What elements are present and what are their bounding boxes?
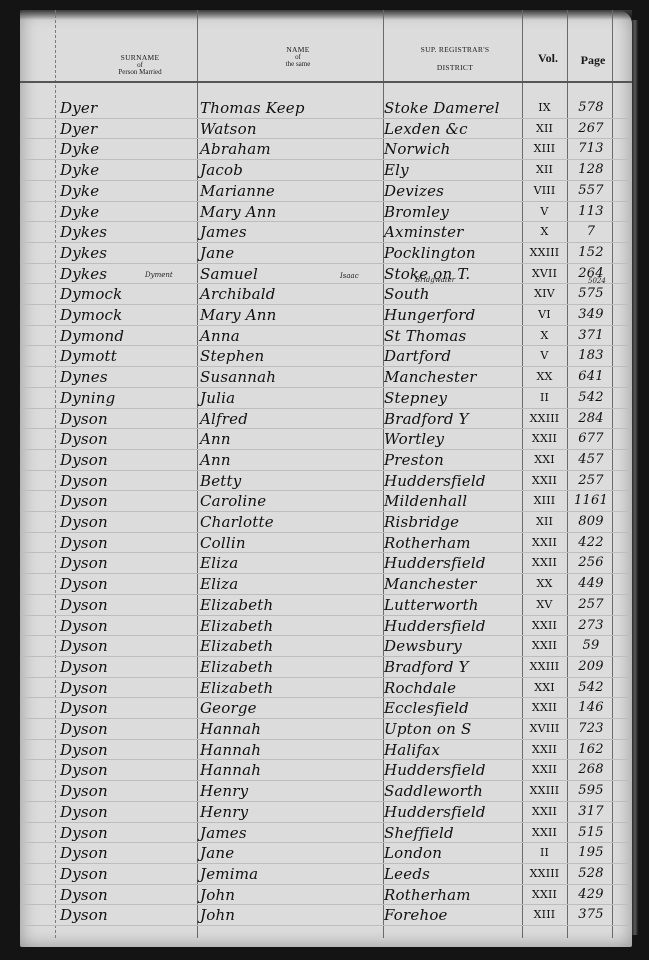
entry-surname: Dynes bbox=[60, 367, 108, 387]
register-entry-row: DynesSusannahManchesterXX641 bbox=[0, 367, 649, 388]
entry-surname: Dyson bbox=[60, 781, 108, 801]
entry-forename: John bbox=[200, 905, 235, 925]
entry-district: Risbridge bbox=[384, 512, 459, 532]
entry-surname: Dyke bbox=[60, 181, 99, 201]
entry-volume: XXII bbox=[522, 533, 567, 553]
entry-surname: Dyson bbox=[60, 864, 108, 884]
entry-district: London bbox=[384, 843, 442, 863]
entry-surname: Dymott bbox=[60, 346, 117, 366]
entry-volume: XIII bbox=[522, 491, 567, 511]
entry-volume: XX bbox=[522, 574, 567, 594]
entry-forename: Elizabeth bbox=[200, 678, 273, 698]
entry-page: 267 bbox=[570, 119, 612, 139]
entry-forename: Anna bbox=[200, 326, 240, 346]
entry-volume: XXII bbox=[522, 616, 567, 636]
entry-surname: Dyson bbox=[60, 429, 108, 449]
entry-district: Huddersfield bbox=[384, 471, 486, 491]
entry-forename: Elizabeth bbox=[200, 636, 273, 656]
entry-surname: Dymock bbox=[60, 305, 122, 325]
register-entry-row: DysonElizaManchesterXX449 bbox=[0, 574, 649, 595]
entry-forename: Marianne bbox=[200, 181, 275, 201]
entry-page: 677 bbox=[570, 429, 612, 449]
entry-volume: XII bbox=[522, 160, 567, 180]
register-entry-row: DysonJohnRotherhamXXII429 bbox=[0, 885, 649, 906]
entry-page: 257 bbox=[570, 471, 612, 491]
register-entry-row: DysonCarolineMildenhallXIII1161 bbox=[0, 491, 649, 512]
entry-volume: XXII bbox=[522, 698, 567, 718]
entry-page: 7 bbox=[570, 222, 612, 242]
entry-page: 457 bbox=[570, 450, 612, 470]
entry-volume: XXII bbox=[522, 885, 567, 905]
register-entry-row: DysonHannahUpton on SXVIII723 bbox=[0, 719, 649, 740]
entry-volume: V bbox=[522, 346, 567, 366]
register-entry-row: DymockArchibaldSouthXIV575 bbox=[0, 284, 649, 305]
entry-volume: IX bbox=[522, 98, 567, 118]
entry-district: Forehoe bbox=[384, 905, 448, 925]
entry-page: 515 bbox=[570, 823, 612, 843]
register-entry-row: DysonHannahHalifaxXXII162 bbox=[0, 740, 649, 761]
entry-volume: XXII bbox=[522, 760, 567, 780]
entry-district: Bradford Y bbox=[384, 409, 469, 429]
entry-surname: Dyson bbox=[60, 533, 108, 553]
entry-surname: Dyke bbox=[60, 160, 99, 180]
entry-page: 542 bbox=[570, 678, 612, 698]
entry-forename: Henry bbox=[200, 802, 248, 822]
entry-forename: Hannah bbox=[200, 719, 261, 739]
entry-district: Preston bbox=[384, 450, 444, 470]
entry-forename: Mary Ann bbox=[200, 202, 276, 222]
header-page: Page bbox=[573, 54, 613, 67]
entry-forename: Jane bbox=[200, 843, 234, 863]
entry-forename: Elizabeth bbox=[200, 595, 273, 615]
register-entry-row: DykesJanePocklingtonXXIII152 bbox=[0, 243, 649, 264]
entry-surname: Dyer bbox=[60, 119, 97, 139]
register-entry-row: DysonJamesSheffieldXXII515 bbox=[0, 823, 649, 844]
entry-page: 113 bbox=[570, 202, 612, 222]
entry-page: 59 bbox=[570, 636, 612, 656]
entry-district: Ely bbox=[384, 160, 409, 180]
entry-district: Ecclesfield bbox=[384, 698, 469, 718]
entry-district: Hungerford bbox=[384, 305, 475, 325]
entry-surname: Dyning bbox=[60, 388, 115, 408]
entry-forename: Henry bbox=[200, 781, 248, 801]
annotation-page-correction: 5024 bbox=[588, 277, 606, 285]
register-entry-row: DysonElizabethBradford YXXIII209 bbox=[0, 657, 649, 678]
entry-volume: XXIII bbox=[522, 243, 567, 263]
register-entry-row: DykeAbrahamNorwichXIII713 bbox=[0, 139, 649, 160]
entry-forename: Ann bbox=[200, 429, 231, 449]
entry-page: 557 bbox=[570, 181, 612, 201]
entry-page: 595 bbox=[570, 781, 612, 801]
entry-district: Norwich bbox=[384, 139, 450, 159]
register-entry-row: DysonAlfredBradford YXXIII284 bbox=[0, 409, 649, 430]
entry-forename: Ann bbox=[200, 450, 231, 470]
entry-district: Manchester bbox=[384, 367, 477, 387]
entry-district: Leeds bbox=[384, 864, 430, 884]
entry-page: 449 bbox=[570, 574, 612, 594]
entry-page: 273 bbox=[570, 616, 612, 636]
header-name-line3: the same bbox=[258, 61, 338, 68]
entry-surname: Dyson bbox=[60, 409, 108, 429]
header-rule bbox=[20, 81, 632, 83]
entry-forename: Collin bbox=[200, 533, 246, 553]
register-entry-row: DysonCharlotteRisbridgeXII809 bbox=[0, 512, 649, 533]
entry-district: Lexden &c bbox=[384, 119, 468, 139]
entry-page: 723 bbox=[570, 719, 612, 739]
entry-surname: Dyson bbox=[60, 636, 108, 656]
entry-forename: Caroline bbox=[200, 491, 266, 511]
entry-forename: Thomas Keep bbox=[200, 98, 305, 118]
entry-volume: XXII bbox=[522, 740, 567, 760]
entry-forename: Eliza bbox=[200, 553, 238, 573]
entry-page: 268 bbox=[570, 760, 612, 780]
entry-surname: Dyson bbox=[60, 678, 108, 698]
entry-surname: Dyson bbox=[60, 802, 108, 822]
entry-district: Huddersfield bbox=[384, 553, 486, 573]
register-entry-row: DyerThomas KeepStoke DamerelIX578 bbox=[0, 98, 649, 119]
entry-volume: XVII bbox=[522, 264, 567, 284]
entry-page: 257 bbox=[570, 595, 612, 615]
entry-page: 195 bbox=[570, 843, 612, 863]
entry-district: Bradford Y bbox=[384, 657, 469, 677]
entry-forename: Betty bbox=[200, 471, 241, 491]
entry-surname: Dyson bbox=[60, 616, 108, 636]
entry-district: Stepney bbox=[384, 388, 447, 408]
entry-surname: Dykes bbox=[60, 264, 107, 284]
entry-page: 317 bbox=[570, 802, 612, 822]
entry-volume: XXII bbox=[522, 471, 567, 491]
entry-volume: XXII bbox=[522, 636, 567, 656]
entry-volume: XXII bbox=[522, 553, 567, 573]
entry-page: 183 bbox=[570, 346, 612, 366]
register-entry-row: DysonBettyHuddersfieldXXII257 bbox=[0, 471, 649, 492]
entry-page: 146 bbox=[570, 698, 612, 718]
register-entry-row: DysonElizabethLutterworthXV257 bbox=[0, 595, 649, 616]
entry-volume: V bbox=[522, 202, 567, 222]
entry-page: 575 bbox=[570, 284, 612, 304]
entry-surname: Dyson bbox=[60, 553, 108, 573]
entry-page: 349 bbox=[570, 305, 612, 325]
entry-forename: Stephen bbox=[200, 346, 264, 366]
entry-page: 542 bbox=[570, 388, 612, 408]
entry-surname: Dyson bbox=[60, 698, 108, 718]
entry-forename: Samuel bbox=[200, 264, 258, 284]
entry-forename: Eliza bbox=[200, 574, 238, 594]
register-entry-row: DysonHannahHuddersfieldXXII268 bbox=[0, 760, 649, 781]
entry-forename: Susannah bbox=[200, 367, 276, 387]
entry-page: 429 bbox=[570, 885, 612, 905]
register-entry-row: DymottStephenDartfordV183 bbox=[0, 346, 649, 367]
header-name: NAME of the same bbox=[258, 46, 338, 69]
register-entry-row: DysonAnnPrestonXXI457 bbox=[0, 450, 649, 471]
entry-surname: Dyson bbox=[60, 843, 108, 863]
entry-district: Pocklington bbox=[384, 243, 476, 263]
entry-volume: XXII bbox=[522, 823, 567, 843]
entry-surname: Dyson bbox=[60, 471, 108, 491]
register-entry-row: DykesJamesAxminsterX7 bbox=[0, 222, 649, 243]
entry-surname: Dyson bbox=[60, 760, 108, 780]
entry-forename: Abraham bbox=[200, 139, 271, 159]
entry-district: Huddersfield bbox=[384, 802, 486, 822]
entry-surname: Dyke bbox=[60, 202, 99, 222]
register-entry-row: DykeMarianneDevizesVIII557 bbox=[0, 181, 649, 202]
entry-district: Dewsbury bbox=[384, 636, 462, 656]
entry-forename: Julia bbox=[200, 388, 235, 408]
entry-volume: XX bbox=[522, 367, 567, 387]
entry-volume: XIII bbox=[522, 139, 567, 159]
entry-page: 371 bbox=[570, 326, 612, 346]
entry-volume: XXIII bbox=[522, 781, 567, 801]
entry-forename: Elizabeth bbox=[200, 616, 273, 636]
entry-forename: James bbox=[200, 823, 247, 843]
entry-volume: XXIII bbox=[522, 409, 567, 429]
entry-district: St Thomas bbox=[384, 326, 466, 346]
entry-page: 284 bbox=[570, 409, 612, 429]
entry-volume: II bbox=[522, 843, 567, 863]
header-surname: SURNAME of Person Married bbox=[100, 54, 180, 77]
entry-surname: Dyson bbox=[60, 657, 108, 677]
entry-surname: Dyson bbox=[60, 740, 108, 760]
entry-page: 128 bbox=[570, 160, 612, 180]
register-entry-row: DykesSamuelStoke on T.XVII264 bbox=[0, 264, 649, 285]
entry-district: Rotherham bbox=[384, 533, 471, 553]
entry-district: Lutterworth bbox=[384, 595, 479, 615]
entry-volume: XXIII bbox=[522, 864, 567, 884]
entry-district: Huddersfield bbox=[384, 616, 486, 636]
entry-page: 641 bbox=[570, 367, 612, 387]
entry-volume: X bbox=[522, 222, 567, 242]
entry-volume: XV bbox=[522, 595, 567, 615]
entry-surname: Dyson bbox=[60, 512, 108, 532]
entry-forename: Hannah bbox=[200, 740, 261, 760]
entry-surname: Dyke bbox=[60, 139, 99, 159]
entry-page: 528 bbox=[570, 864, 612, 884]
register-entry-row: DysonHenrySaddleworthXXIII595 bbox=[0, 781, 649, 802]
entry-surname: Dymock bbox=[60, 284, 122, 304]
entry-volume: XIV bbox=[522, 284, 567, 304]
entry-district: Wortley bbox=[384, 429, 444, 449]
entry-volume: X bbox=[522, 326, 567, 346]
annotation-surname-correction: Dyment bbox=[145, 271, 173, 279]
register-entry-row: DymockMary AnnHungerfordVI349 bbox=[0, 305, 649, 326]
header-district-line2: DISTRICT bbox=[400, 64, 510, 72]
entry-district: Stoke Damerel bbox=[384, 98, 500, 118]
entry-forename: Jemima bbox=[200, 864, 258, 884]
entry-surname: Dykes bbox=[60, 243, 107, 263]
register-entry-row: DysonAnnWortleyXXII677 bbox=[0, 429, 649, 450]
entry-forename: Alfred bbox=[200, 409, 248, 429]
entry-forename: Watson bbox=[200, 119, 257, 139]
entry-volume: XXIII bbox=[522, 657, 567, 677]
entry-forename: Hannah bbox=[200, 760, 261, 780]
register-entry-row: DysonHenryHuddersfieldXXII317 bbox=[0, 802, 649, 823]
header-district-line1: SUP. REGISTRAR'S bbox=[400, 46, 510, 54]
entry-volume: XXII bbox=[522, 429, 567, 449]
register-entry-row: DykeMary AnnBromleyV113 bbox=[0, 202, 649, 223]
entry-district: Saddleworth bbox=[384, 781, 483, 801]
entry-district: Bromley bbox=[384, 202, 449, 222]
register-entry-row: DysonJaneLondonII195 bbox=[0, 843, 649, 864]
entry-district: Rotherham bbox=[384, 885, 471, 905]
entry-forename: Mary Ann bbox=[200, 305, 276, 325]
entry-volume: XIII bbox=[522, 905, 567, 925]
entry-surname: Dyson bbox=[60, 595, 108, 615]
register-entry-row: DyerWatsonLexden &cXII267 bbox=[0, 119, 649, 140]
entry-district: Devizes bbox=[384, 181, 444, 201]
entry-district: Manchester bbox=[384, 574, 477, 594]
entry-forename: Elizabeth bbox=[200, 657, 273, 677]
entry-surname: Dyson bbox=[60, 823, 108, 843]
register-entry-row: DykeJacobElyXII128 bbox=[0, 160, 649, 181]
register-entry-row: DysonElizabethHuddersfieldXXII273 bbox=[0, 616, 649, 637]
entry-page: 375 bbox=[570, 905, 612, 925]
entry-district: Sheffield bbox=[384, 823, 454, 843]
entry-volume: XXI bbox=[522, 450, 567, 470]
entry-surname: Dyson bbox=[60, 491, 108, 511]
register-entry-row: DysonElizaHuddersfieldXXII256 bbox=[0, 553, 649, 574]
entry-volume: VIII bbox=[522, 181, 567, 201]
entry-volume: XXI bbox=[522, 678, 567, 698]
entry-district: Huddersfield bbox=[384, 760, 486, 780]
register-entry-row: DysonJohnForehoeXIII375 bbox=[0, 905, 649, 926]
entry-forename: James bbox=[200, 222, 247, 242]
annotation-name-correction: Isaac bbox=[340, 272, 359, 280]
entry-forename: Charlotte bbox=[200, 512, 274, 532]
entry-page: 162 bbox=[570, 740, 612, 760]
header-surname-line3: Person Married bbox=[100, 69, 180, 76]
entry-district: Upton on S bbox=[384, 719, 471, 739]
entry-district: Dartford bbox=[384, 346, 451, 366]
entry-page: 578 bbox=[570, 98, 612, 118]
entry-district: South bbox=[384, 284, 430, 304]
header-vol: Vol. bbox=[530, 52, 566, 65]
entry-surname: Dyson bbox=[60, 905, 108, 925]
entry-forename: Archibald bbox=[200, 284, 276, 304]
entry-volume: VI bbox=[522, 305, 567, 325]
entry-volume: XII bbox=[522, 119, 567, 139]
entry-forename: George bbox=[200, 698, 257, 718]
entry-page: 152 bbox=[570, 243, 612, 263]
entry-page: 209 bbox=[570, 657, 612, 677]
entry-forename: Jane bbox=[200, 243, 234, 263]
entry-district: Rochdale bbox=[384, 678, 456, 698]
page-top-shadow bbox=[20, 10, 632, 20]
entry-surname: Dykes bbox=[60, 222, 107, 242]
entry-district: Halifax bbox=[384, 740, 440, 760]
entry-forename: Jacob bbox=[200, 160, 243, 180]
register-entry-row: DysonElizabethDewsburyXXII59 bbox=[0, 636, 649, 657]
register-entry-row: DymondAnnaSt ThomasX371 bbox=[0, 326, 649, 347]
register-entry-row: DysonGeorgeEcclesfieldXXII146 bbox=[0, 698, 649, 719]
register-entry-row: DysonJemimaLeedsXXIII528 bbox=[0, 864, 649, 885]
register-entry-row: DysonElizabethRochdaleXXI542 bbox=[0, 678, 649, 699]
entry-district: Mildenhall bbox=[384, 491, 467, 511]
entry-forename: John bbox=[200, 885, 235, 905]
entry-surname: Dymond bbox=[60, 326, 124, 346]
entry-page: 713 bbox=[570, 139, 612, 159]
entry-volume: XII bbox=[522, 512, 567, 532]
register-entry-row: DysonCollinRotherhamXXII422 bbox=[0, 533, 649, 554]
annotation-district-correction: Bridgwater bbox=[415, 276, 455, 284]
entry-volume: XVIII bbox=[522, 719, 567, 739]
entry-surname: Dyson bbox=[60, 450, 108, 470]
entry-page: 256 bbox=[570, 553, 612, 573]
entry-surname: Dyson bbox=[60, 719, 108, 739]
entry-page: 809 bbox=[570, 512, 612, 532]
entry-surname: Dyson bbox=[60, 574, 108, 594]
entry-volume: II bbox=[522, 388, 567, 408]
header-district: SUP. REGISTRAR'S DISTRICT bbox=[400, 46, 510, 72]
entry-district: Axminster bbox=[384, 222, 464, 242]
entry-volume: XXII bbox=[522, 802, 567, 822]
entry-page: 1161 bbox=[570, 491, 612, 511]
register-entry-row: DyningJuliaStepneyII542 bbox=[0, 388, 649, 409]
entry-surname: Dyer bbox=[60, 98, 97, 118]
entry-page: 422 bbox=[570, 533, 612, 553]
entry-surname: Dyson bbox=[60, 885, 108, 905]
